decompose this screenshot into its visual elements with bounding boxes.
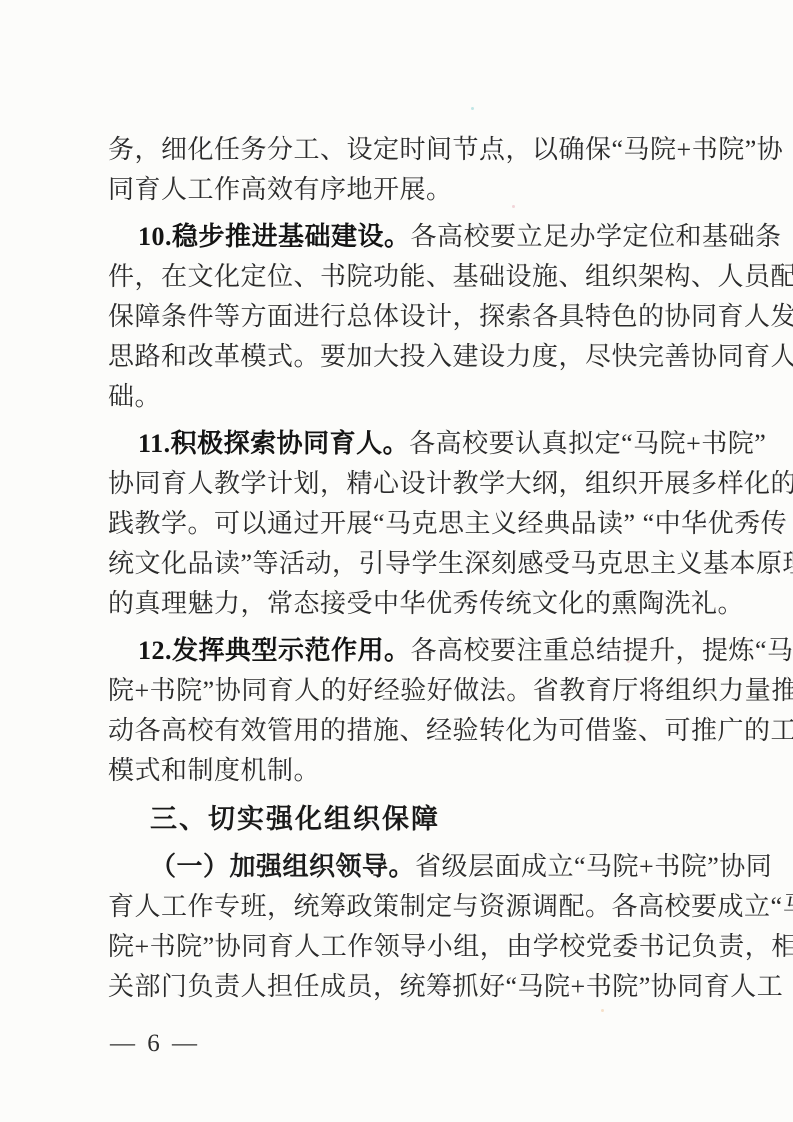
text-line: 育人工作专班，统筹政策制定与资源调配。各高校要成立“马 [108, 887, 728, 927]
line-text: 统文化品读”等活动，引导学生深刻感受马克思主义基本原理 [108, 549, 793, 578]
line-text: 件，在文化定位、书院功能、基础设施、组织架构、人员配备、 [108, 262, 793, 291]
text-line: 保障条件等方面进行总体设计，探索各具特色的协同育人发展 [108, 297, 728, 337]
line-text: 动各高校有效管用的措施、经验转化为可借鉴、可推广的工作 [108, 716, 793, 745]
line-text: 践教学。可以通过开展“马克思主义经典品读” “中华优秀传 [108, 509, 787, 538]
text-line: 动各高校有效管用的措施、经验转化为可借鉴、可推广的工作 [108, 711, 728, 751]
text-line: 的真理魅力，常态接受中华优秀传统文化的熏陶洗礼。 [108, 584, 728, 624]
line-text: 各高校要认真拟定“马院+书院” [409, 429, 766, 458]
line-text: 院+书院”协同育人的好经验好做法。省教育厅将组织力量推 [108, 676, 793, 705]
document-body: 务，细化任务分工、设定时间节点，以确保“马院+书院”协同育人工作高效有序地开展。… [108, 130, 728, 1007]
paragraph-lead: 12.发挥典型示范作用。 [138, 636, 411, 665]
line-text: 模式和制度机制。 [108, 756, 320, 785]
footer-page-number: — 6 — [110, 1030, 200, 1058]
text-line: （一）加强组织领导。省级层面成立“马院+书院”协同 [108, 847, 728, 887]
line-text: 关部门负责人担任成员，统筹抓好“马院+书院”协同育人工 [108, 972, 783, 1001]
line-text: 思路和改革模式。要加大投入建设力度，尽快完善协同育人基 [108, 342, 793, 371]
text-line: 12.发挥典型示范作用。各高校要注重总结提升，提炼“马 [108, 631, 728, 671]
text-line: 思路和改革模式。要加大投入建设力度，尽快完善协同育人基 [108, 337, 728, 377]
text-line: 模式和制度机制。 [108, 751, 728, 791]
scan-speck [601, 1009, 604, 1012]
line-text: 保障条件等方面进行总体设计，探索各具特色的协同育人发展 [108, 302, 793, 331]
scan-speck [700, 320, 703, 323]
text-line: 11.积极探索协同育人。各高校要认真拟定“马院+书院” [108, 424, 728, 464]
text-line: 协同育人教学计划，精心设计教学大纲，组织开展多样化的实 [108, 464, 728, 504]
line-text: 的真理魅力，常态接受中华优秀传统文化的熏陶洗礼。 [108, 589, 744, 618]
line-text: 院+书院”协同育人工作领导小组，由学校党委书记负责，相 [108, 932, 793, 961]
text-line: 院+书院”协同育人工作领导小组，由学校党委书记负责，相 [108, 927, 728, 967]
line-text: 同育人工作高效有序地开展。 [108, 175, 453, 204]
document-page: 务，细化任务分工、设定时间节点，以确保“马院+书院”协同育人工作高效有序地开展。… [0, 0, 793, 1122]
text-line: 础。 [108, 377, 728, 417]
text-line: 同育人工作高效有序地开展。 [108, 170, 728, 210]
text-line: 10.稳步推进基础建设。各高校要立足办学定位和基础条 [108, 217, 728, 257]
line-text: 省级层面成立“马院+书院”协同 [415, 852, 772, 881]
text-line: 务，细化任务分工、设定时间节点，以确保“马院+书院”协 [108, 130, 728, 170]
line-text: 础。 [108, 382, 161, 411]
scan-speck [627, 660, 630, 663]
clause-lead: （一）加强组织领导。 [150, 852, 415, 881]
paragraph-lead: 10.稳步推进基础建设。 [138, 222, 411, 251]
line-text: 务，细化任务分工、设定时间节点，以确保“马院+书院”协 [108, 135, 783, 164]
text-line: 统文化品读”等活动，引导学生深刻感受马克思主义基本原理 [108, 544, 728, 584]
section-heading: 三、切实强化组织保障 [108, 798, 728, 840]
text-line: 关部门负责人担任成员，统筹抓好“马院+书院”协同育人工 [108, 967, 728, 1007]
text-line: 件，在文化定位、书院功能、基础设施、组织架构、人员配备、 [108, 257, 728, 297]
scan-speck [512, 205, 515, 208]
line-text: 育人工作专班，统筹政策制定与资源调配。各高校要成立“马 [108, 892, 793, 921]
line-text: 协同育人教学计划，精心设计教学大纲，组织开展多样化的实 [108, 469, 793, 498]
line-text: 各高校要立足办学定位和基础条 [411, 222, 782, 251]
text-line: 践教学。可以通过开展“马克思主义经典品读” “中华优秀传 [108, 504, 728, 544]
line-text: 各高校要注重总结提升，提炼“马 [411, 636, 793, 665]
paragraph-lead: 11.积极探索协同育人。 [138, 429, 409, 458]
text-line: 院+书院”协同育人的好经验好做法。省教育厅将组织力量推 [108, 671, 728, 711]
heading-text: 三、切实强化组织保障 [150, 804, 440, 834]
scan-speck [471, 107, 474, 110]
